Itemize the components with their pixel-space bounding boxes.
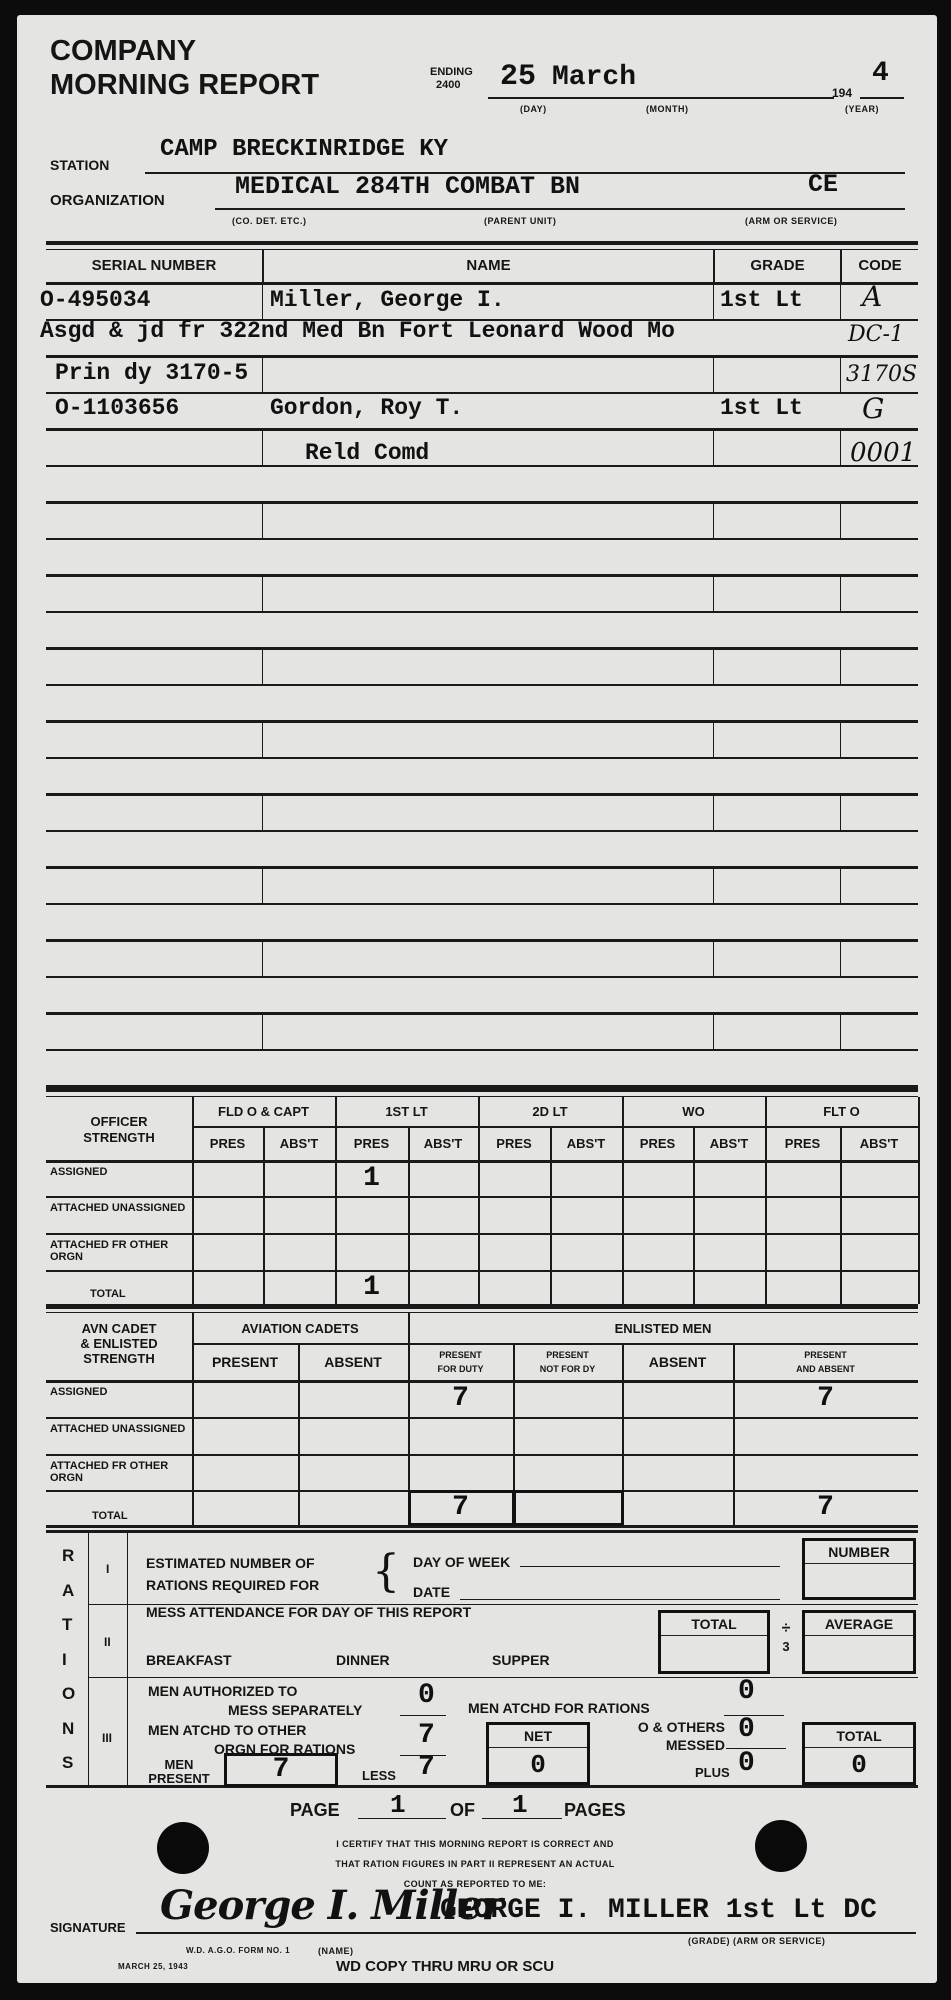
officer-cell[interactable] (550, 1270, 622, 1304)
enlisted-cell[interactable]: 7 (733, 1490, 918, 1525)
enlisted-cell[interactable] (408, 1417, 513, 1454)
rations-divider (88, 1533, 89, 1785)
enlisted-sub-header: ABSENT (298, 1343, 408, 1380)
roster-rule (46, 538, 918, 540)
officer-sub-header: ABS'T (550, 1126, 622, 1160)
title-line-1: COMPANY (50, 34, 319, 68)
roster-column-divider (840, 1012, 841, 1049)
average-box[interactable]: AVERAGE (802, 1610, 916, 1674)
enlisted-cell[interactable] (622, 1380, 733, 1417)
officer-column-divider (918, 1097, 920, 1304)
officer-cell[interactable] (192, 1233, 263, 1270)
officer-title-2: STRENGTH (46, 1130, 192, 1146)
enlisted-sub-header: PRESENTNOT FOR DY (513, 1343, 622, 1380)
ending-label: ENDING 2400 (430, 66, 473, 92)
roster-column-divider (713, 866, 714, 903)
of-label: OF (450, 1800, 475, 1821)
day-value: 25 (500, 60, 536, 94)
roster-column-divider (262, 793, 263, 830)
roster-column-divider (262, 574, 263, 611)
officer-cell[interactable] (478, 1270, 550, 1304)
roster-column-divider (713, 428, 714, 465)
organization-underline (215, 208, 905, 210)
average-label: AVERAGE (805, 1613, 913, 1636)
serial-number: O-495034 (40, 287, 150, 313)
officer-cell[interactable] (335, 1233, 408, 1270)
roster-rule (46, 501, 918, 504)
roster-rule (46, 574, 918, 577)
officer-group-header: FLD O & CAPT (192, 1097, 335, 1126)
roster-rule (46, 903, 918, 905)
officer-cell[interactable] (478, 1233, 550, 1270)
enlisted-title-2: & ENLISTED (46, 1336, 192, 1351)
header-text: PRESENT (804, 1348, 847, 1362)
enlisted-cell[interactable] (513, 1380, 622, 1417)
year-prefix: 194 (832, 86, 852, 100)
o-others-value: 0 (738, 1714, 755, 1745)
officer-cell[interactable] (693, 1233, 765, 1270)
men-present-label: MEN PRESENT (136, 1758, 222, 1786)
officer-cell[interactable] (840, 1270, 918, 1304)
officer-cell[interactable] (263, 1270, 335, 1304)
enlisted-cell[interactable] (513, 1454, 622, 1490)
header-text: PRESENT (439, 1348, 482, 1362)
enlisted-sub-header: ABSENT (622, 1343, 733, 1380)
enlisted-cell[interactable]: 7 (408, 1380, 513, 1417)
col-name: NAME (264, 257, 713, 274)
enlisted-cell[interactable] (622, 1490, 733, 1525)
roster-column-divider (262, 1012, 263, 1049)
officer-row-label: ASSIGNED (50, 1166, 190, 1178)
enlisted-sub-header: PRESENTAND ABSENT (733, 1343, 918, 1380)
signature-line (136, 1932, 916, 1934)
roster-rule (46, 976, 918, 978)
officer-sub-header: ABS'T (263, 1126, 335, 1160)
date-line (460, 1599, 780, 1600)
officer-sub-header: PRES (335, 1126, 408, 1160)
day-of-week-label: DAY OF WEEK (413, 1554, 510, 1570)
officer-cell[interactable] (192, 1196, 263, 1233)
organization-value: MEDICAL 284TH COMBAT BN (235, 172, 580, 201)
remark: Asgd & jd fr 322nd Med Bn Fort Leonard W… (40, 318, 675, 344)
men-present-box[interactable]: 7 (224, 1753, 338, 1787)
enlisted-row-label: ATTACHED FR OTHER ORGN (50, 1460, 190, 1484)
roster-rule (46, 428, 918, 431)
enlisted-cell[interactable] (298, 1490, 408, 1525)
roster-column-divider (262, 355, 263, 392)
officer-group-header: 1ST LT (335, 1097, 478, 1126)
total-present-duty-box (408, 1490, 515, 1526)
men-atchd-other-value: 7 (418, 1720, 435, 1751)
certify-line-2: THAT RATION FIGURES IN PART II REPRESENT… (250, 1854, 700, 1874)
typed-name-grade: GEORGE I. MILLER 1st Lt DC (440, 1895, 877, 1926)
enlisted-cell[interactable] (192, 1454, 298, 1490)
enlisted-title-1: AVN CADET (46, 1321, 192, 1336)
roster-column-divider (840, 282, 841, 319)
header-text: NOT FOR DY (540, 1362, 596, 1376)
rations-letter: A (62, 1581, 74, 1601)
officer-cell[interactable] (622, 1196, 693, 1233)
org-caption: (CO. DET. ETC.) (232, 216, 307, 226)
rations-top-rule (46, 1530, 918, 1533)
officer-cell[interactable] (478, 1160, 550, 1196)
header-text: ABSENT (324, 1354, 382, 1370)
officer-row-label: ATTACHED FR OTHER ORGN (50, 1239, 190, 1263)
roster-column-divider (840, 647, 841, 684)
wd-copy-note: WD COPY THRU MRU OR SCU (336, 1958, 554, 1975)
officer-cell[interactable] (550, 1196, 622, 1233)
number-box[interactable]: NUMBER (802, 1538, 916, 1600)
enlisted-men-header: ENLISTED MEN (408, 1313, 918, 1343)
roster-rule (46, 392, 918, 394)
col-serial-number: SERIAL NUMBER (46, 257, 262, 274)
roster-rule (46, 1049, 918, 1051)
roster-column-divider (262, 720, 263, 757)
certify-line-1: I CERTIFY THAT THIS MORNING REPORT IS CO… (250, 1834, 700, 1854)
header-text: PRESENT (546, 1348, 589, 1362)
roster-rule (46, 720, 918, 723)
estimated-line-1: ESTIMATED NUMBER OF (146, 1552, 319, 1574)
officer-cell[interactable]: 1 (335, 1160, 408, 1196)
roster-column-divider (713, 574, 714, 611)
supper-label: SUPPER (492, 1652, 550, 1668)
officer-cell[interactable] (622, 1160, 693, 1196)
officer-cell[interactable] (192, 1270, 263, 1304)
roster-column-divider (840, 720, 841, 757)
officer-cell[interactable] (263, 1196, 335, 1233)
roster-column-divider (840, 428, 841, 465)
col-grade: GRADE (715, 257, 840, 274)
roster-column-divider (262, 428, 263, 465)
rations-letter: N (62, 1719, 74, 1739)
enlisted-cell[interactable] (192, 1380, 298, 1417)
roster-column-divider (840, 793, 841, 830)
code: A (862, 280, 882, 313)
roster-column-divider (262, 501, 263, 538)
station-label: STATION (50, 157, 109, 173)
part-3-label: III (102, 1731, 112, 1745)
officer-group-header: FLT O (765, 1097, 918, 1126)
mess-total-box[interactable]: TOTAL (658, 1610, 770, 1674)
officer-title-1: OFFICER (46, 1114, 192, 1130)
men-authorized-line-2: MESS SEPARATELY (228, 1702, 362, 1718)
enlisted-cell[interactable] (622, 1417, 733, 1454)
rations-letter: O (62, 1684, 75, 1704)
divisor: 3 (776, 1638, 796, 1656)
officer-sub-header: ABS'T (693, 1126, 765, 1160)
divide-icon: ÷ (776, 1620, 796, 1638)
grade-caption: (GRADE) (ARM OR SERVICE) (688, 1936, 825, 1946)
officer-cell[interactable] (263, 1160, 335, 1196)
roster-rule (46, 465, 918, 467)
officer-sub-header: PRES (192, 1126, 263, 1160)
officer-cell[interactable] (693, 1270, 765, 1304)
dinner-label: DINNER (336, 1652, 390, 1668)
less-value: 7 (418, 1752, 435, 1783)
serial-number: O-1103656 (55, 395, 179, 421)
men-atchd-for-rations-value: 0 (738, 1676, 755, 1707)
enlisted-cell[interactable] (298, 1380, 408, 1417)
officer-cell[interactable] (408, 1160, 478, 1196)
net-box[interactable]: NET 0 (486, 1722, 590, 1785)
men-atchd-for-rations-label: MEN ATCHD FOR RATIONS (468, 1700, 650, 1716)
roster-rule (46, 647, 918, 650)
enlisted-cell[interactable] (298, 1417, 408, 1454)
officer-cell[interactable] (765, 1196, 840, 1233)
name: Reld Comd (305, 440, 429, 466)
officer-sub-header: PRES (765, 1126, 840, 1160)
o-others-messed-label: O & OTHERS MESSED (633, 1718, 725, 1754)
remark: Prin dy 3170-5 (55, 360, 248, 386)
part-2-label: II (104, 1635, 111, 1649)
form-title: COMPANY MORNING REPORT (50, 34, 319, 102)
page-value: 1 (390, 1790, 406, 1820)
enlisted-row-label: ATTACHED UNASSIGNED (50, 1423, 190, 1435)
officer-sub-header: PRES (622, 1126, 693, 1160)
divide-by-three: ÷ 3 (776, 1620, 796, 1656)
roster-top-rule (46, 241, 918, 245)
officer-cell[interactable] (840, 1196, 918, 1233)
code: G (862, 392, 884, 425)
officer-cell[interactable] (550, 1233, 622, 1270)
men-authorized-line (400, 1715, 446, 1716)
officer-cell[interactable] (263, 1233, 335, 1270)
officer-cell[interactable] (408, 1270, 478, 1304)
grade: 1st Lt (720, 287, 803, 313)
roster-column-divider (262, 866, 263, 903)
net-label: NET (489, 1725, 587, 1748)
roster-top-rule-thin (46, 249, 918, 250)
men-present-value: 7 (227, 1756, 335, 1784)
rations-letter: I (62, 1650, 67, 1670)
men-authorized-line-1: MEN AUTHORIZED TO (148, 1683, 297, 1699)
enlisted-sub-header: PRESENTFOR DUTY (408, 1343, 513, 1380)
code: DC-1 (848, 322, 904, 347)
officer-cell[interactable] (550, 1160, 622, 1196)
roster-column-divider (840, 939, 841, 976)
officer-cell[interactable] (693, 1196, 765, 1233)
punch-hole-left (157, 1822, 209, 1874)
header-text: AND ABSENT (796, 1362, 855, 1376)
officer-cell[interactable] (408, 1233, 478, 1270)
officer-cell[interactable]: 1 (335, 1270, 408, 1304)
header-text: FOR DUTY (438, 1362, 484, 1376)
officer-top-rule (46, 1088, 918, 1092)
roster-column-divider (713, 647, 714, 684)
officer-strength-title: OFFICER STRENGTH (46, 1114, 192, 1146)
punch-hole-right (755, 1820, 807, 1872)
officer-group-header: WO (622, 1097, 765, 1126)
officer-cell[interactable] (622, 1233, 693, 1270)
code: 3170S (846, 362, 917, 387)
breakfast-label: BREAKFAST (146, 1652, 232, 1668)
rations-total-box[interactable]: TOTAL 0 (802, 1722, 916, 1785)
roster-column-divider (840, 866, 841, 903)
roster-column-divider (840, 355, 841, 392)
roster-column-divider (840, 501, 841, 538)
mess-total-label: TOTAL (661, 1613, 767, 1636)
o-others-line-2: MESSED (633, 1736, 725, 1754)
rations-total-label: TOTAL (805, 1725, 913, 1748)
officer-cell[interactable] (693, 1160, 765, 1196)
net-value: 0 (489, 1748, 587, 1782)
total-present-not-duty-box (513, 1490, 624, 1526)
less-label: LESS (362, 1768, 396, 1783)
page-label: PAGE (290, 1800, 340, 1821)
mess-attendance-label: MESS ATTENDANCE FOR DAY OF THIS REPORT (146, 1604, 471, 1620)
rations-letter: S (62, 1753, 73, 1773)
enlisted-cell[interactable] (733, 1454, 918, 1490)
date-label: DATE (413, 1584, 450, 1600)
code: 0001 (850, 438, 916, 468)
roster-rule (46, 611, 918, 613)
officer-cell[interactable] (840, 1233, 918, 1270)
day-caption: (DAY) (520, 104, 547, 114)
roster-column-divider (713, 282, 714, 319)
enlisted-row-label: ASSIGNED (50, 1386, 190, 1398)
men-authorized-value: 0 (418, 1680, 435, 1711)
name-caption: (NAME) (318, 1946, 354, 1956)
roster-column-divider (262, 939, 263, 976)
enlisted-cell[interactable] (192, 1490, 298, 1525)
officer-group-header: 2D LT (478, 1097, 622, 1126)
date-underline (488, 97, 834, 99)
month-caption: (MONTH) (646, 104, 689, 114)
officer-sub-header: PRES (478, 1126, 550, 1160)
roster-column-divider (262, 647, 263, 684)
plus-label: PLUS (695, 1765, 730, 1780)
roster-rule (46, 830, 918, 832)
roster-rule (46, 757, 918, 759)
men-present-line-1: MEN (136, 1758, 222, 1772)
arm-service-value: CE (808, 170, 838, 199)
ending-label-text: ENDING (430, 66, 473, 79)
year-digit: 4 (872, 58, 889, 89)
officer-sub-header: ABS'T (408, 1126, 478, 1160)
officer-cell[interactable] (622, 1270, 693, 1304)
roster-rule (46, 282, 918, 285)
year-underline (860, 97, 904, 99)
roster-column-divider (713, 355, 714, 392)
officer-cell[interactable] (478, 1196, 550, 1233)
men-present-line-2: PRESENT (136, 1772, 222, 1786)
roster-column-divider (713, 939, 714, 976)
signature-label: SIGNATURE (50, 1920, 126, 1935)
organization-label: ORGANIZATION (50, 192, 165, 209)
year-caption: (YEAR) (845, 104, 879, 114)
estimated-line-2: RATIONS REQUIRED FOR (146, 1574, 319, 1596)
grade: 1st Lt (720, 395, 803, 421)
roster-rule (46, 1012, 918, 1015)
aviation-cadets-header: AVIATION CADETS (192, 1313, 408, 1343)
enlisted-cell[interactable] (733, 1417, 918, 1454)
part-1-label: I (106, 1562, 109, 1576)
rations-part-divider (88, 1677, 918, 1678)
station-value: CAMP BRECKINRIDGE KY (160, 136, 448, 163)
enlisted-strength-title: AVN CADET & ENLISTED STRENGTH (46, 1321, 192, 1366)
rations-letter: R (62, 1546, 74, 1566)
rations-total-value: 0 (805, 1748, 913, 1782)
name: Gordon, Roy T. (270, 395, 463, 421)
parent-unit-caption: (PARENT UNIT) (484, 216, 556, 226)
o-others-line-1: O & OTHERS (633, 1718, 725, 1736)
roster-rule (46, 939, 918, 942)
officer-row-label: ATTACHED UNASSIGNED (50, 1202, 190, 1214)
plus-value: 0 (738, 1748, 755, 1779)
o-others-line (726, 1748, 786, 1749)
roster-column-divider (713, 1012, 714, 1049)
roster-rule (46, 793, 918, 796)
officer-cell[interactable] (335, 1196, 408, 1233)
header-text: ABSENT (649, 1354, 707, 1370)
roster-column-divider (713, 720, 714, 757)
roster-column-divider (713, 793, 714, 830)
pages-label: PAGES (564, 1800, 626, 1821)
officer-cell[interactable] (408, 1196, 478, 1233)
roster-rule (46, 684, 918, 686)
enlisted-cell[interactable] (622, 1454, 733, 1490)
officer-cell[interactable] (765, 1270, 840, 1304)
enlisted-cell[interactable] (298, 1454, 408, 1490)
day-of-week-line (520, 1566, 780, 1567)
officer-cell[interactable] (765, 1160, 840, 1196)
name: Miller, George I. (270, 287, 505, 313)
header-text: PRESENT (212, 1354, 278, 1370)
enlisted-title-3: STRENGTH (46, 1351, 192, 1366)
enlisted-top-rule (46, 1306, 918, 1309)
col-code: CODE (842, 257, 918, 274)
enlisted-cell[interactable] (513, 1417, 622, 1454)
form-date: MARCH 25, 1943 (118, 1962, 188, 1971)
form-number: W.D. A.G.O. FORM NO. 1 (186, 1946, 290, 1955)
rations-letter: T (62, 1615, 72, 1635)
roster-rule (46, 866, 918, 869)
arm-caption: (ARM OR SERVICE) (745, 216, 837, 226)
officer-cell[interactable] (840, 1160, 918, 1196)
month-value: March (552, 62, 636, 93)
men-atchd-other-line-1: MEN ATCHD TO OTHER (148, 1722, 306, 1738)
enlisted-cell[interactable]: 7 (733, 1380, 918, 1417)
number-label: NUMBER (805, 1541, 913, 1564)
rations-divider (127, 1533, 128, 1785)
officer-sub-header: ABS'T (840, 1126, 918, 1160)
officer-cell[interactable] (765, 1233, 840, 1270)
brace-icon: { (372, 1546, 400, 1597)
roster-column-divider (713, 501, 714, 538)
roster-rule (46, 355, 918, 358)
roster-column-divider (840, 574, 841, 611)
roster-column-divider (262, 282, 263, 319)
enlisted-cell[interactable] (192, 1417, 298, 1454)
estimated-rations-label: ESTIMATED NUMBER OF RATIONS REQUIRED FOR (146, 1552, 319, 1596)
officer-cell[interactable] (192, 1160, 263, 1196)
enlisted-cell[interactable] (408, 1454, 513, 1490)
enlisted-sub-header: PRESENT (192, 1343, 298, 1380)
title-line-2: MORNING REPORT (50, 68, 319, 102)
pages-value: 1 (512, 1790, 528, 1820)
ending-time-text: 2400 (430, 79, 473, 92)
